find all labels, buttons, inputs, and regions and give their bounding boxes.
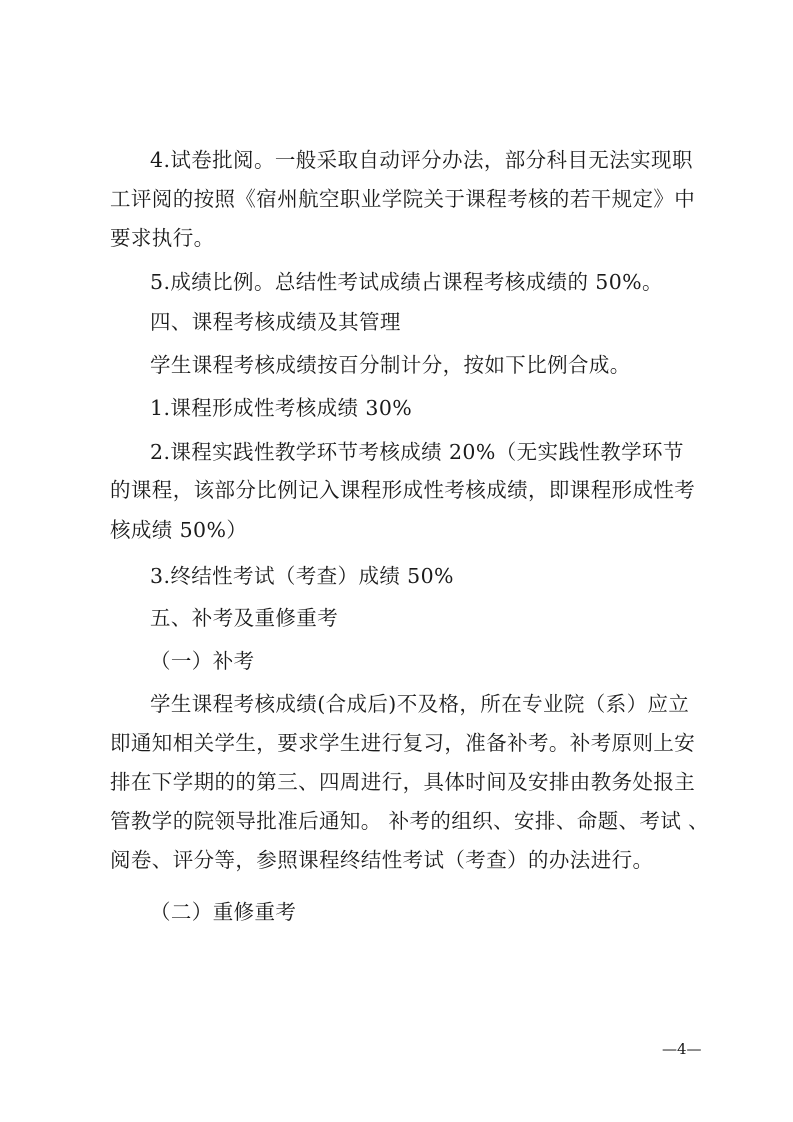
section-5-heading: 五、补考及重修重考 <box>150 606 700 630</box>
section-4-heading: 四、课程考核成绩及其管理 <box>150 310 700 334</box>
page-number: —4— <box>662 1040 702 1058</box>
paragraph-5-score-ratio: 5.成绩比例。总结性考试成绩占课程考核成绩的 50%。 <box>150 270 700 294</box>
item-2-practical-line-3: 核成绩 50%） <box>110 518 700 542</box>
item-3-summative: 3.终结性考试（考查）成绩 50% <box>150 564 700 588</box>
makeup-paragraph-line-1: 学生课程考核成绩(合成后)不及格，所在专业院（系）应立 <box>150 692 700 716</box>
subsection-2-heading: （二）重修重考 <box>150 900 700 924</box>
item-2-practical-line-1: 2.课程实践性教学环节考核成绩 20%（无实践性教学环节 <box>150 440 700 464</box>
makeup-paragraph-line-2: 即通知相关学生，要求学生进行复习，准备补考。补考原则上安 <box>110 731 700 755</box>
makeup-paragraph-line-3: 排在下学期的的第三、四周进行，具体时间及安排由教务处报主 <box>110 770 700 794</box>
section-4-intro: 学生课程考核成绩按百分制计分，按如下比例合成。 <box>150 353 700 377</box>
paragraph-4-grading-line-1: 4.试卷批阅。一般采取自动评分办法，部分科目无法实现职 <box>150 148 700 172</box>
paragraph-4-grading-line-3: 要求执行。 <box>110 226 700 250</box>
makeup-paragraph-line-5: 阅卷、评分等，参照课程终结性考试（考查）的办法进行。 <box>110 848 700 872</box>
subsection-1-heading: （一）补考 <box>150 649 700 673</box>
makeup-paragraph-line-4: 管教学的院领导批准后通知。 补考的组织、安排、命题、考试 、 <box>110 809 700 833</box>
item-2-practical-line-2: 的课程，该部分比例记入课程形成性考核成绩，即课程形成性考 <box>110 478 700 502</box>
paragraph-4-grading-line-2: 工评阅的按照《宿州航空职业学院关于课程考核的若干规定》中 <box>110 187 700 211</box>
item-1-formative: 1.课程形成性考核成绩 30% <box>150 396 700 420</box>
